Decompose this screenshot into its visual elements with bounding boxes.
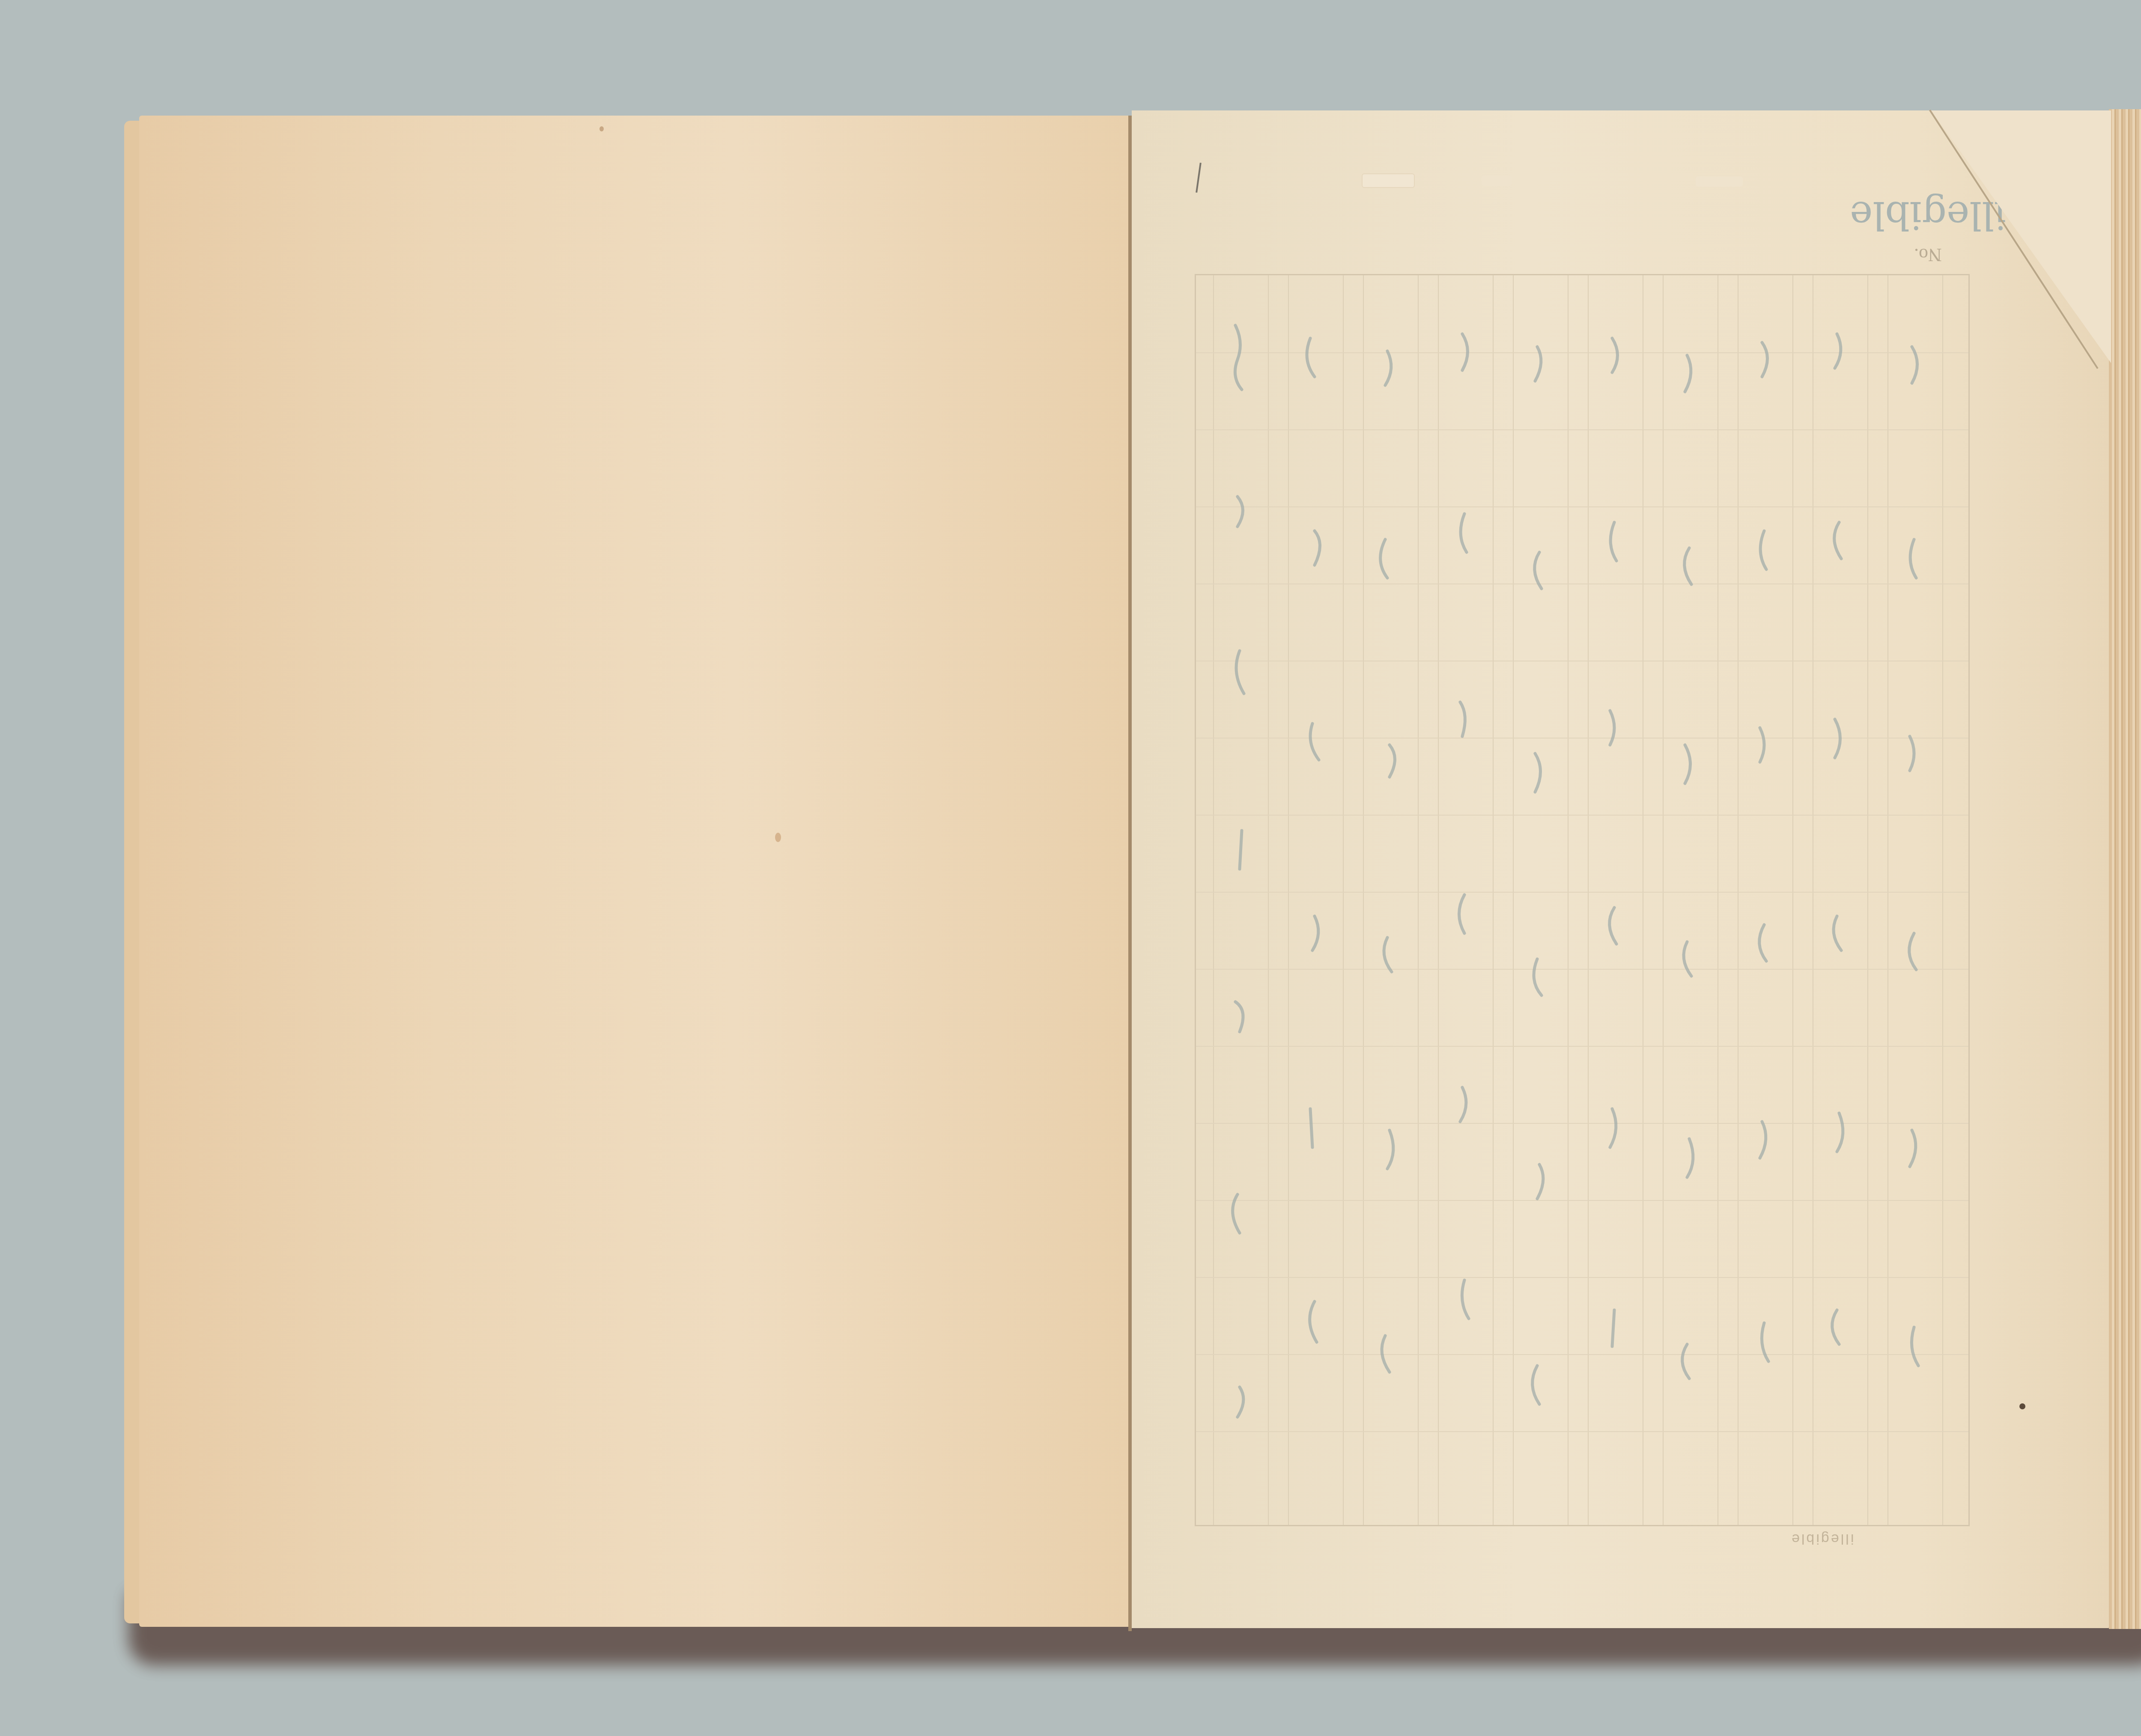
binding-mark <box>1696 176 1743 187</box>
binding-mark <box>1482 176 1512 186</box>
page-number-label: No. <box>1914 244 1942 266</box>
printed-footer-text: illegible <box>1790 1531 1854 1547</box>
ink-dot <box>2019 1403 2025 1409</box>
stain <box>775 833 781 842</box>
binding-mark <box>1362 173 1415 188</box>
left-page <box>139 116 1132 1627</box>
page-edge-stack <box>2109 109 2141 1629</box>
page-number: illegible <box>1850 193 2007 238</box>
pencil-shorthand-strokes <box>1195 274 1970 1526</box>
stain <box>599 126 604 131</box>
spine-gutter <box>1128 116 1132 1631</box>
